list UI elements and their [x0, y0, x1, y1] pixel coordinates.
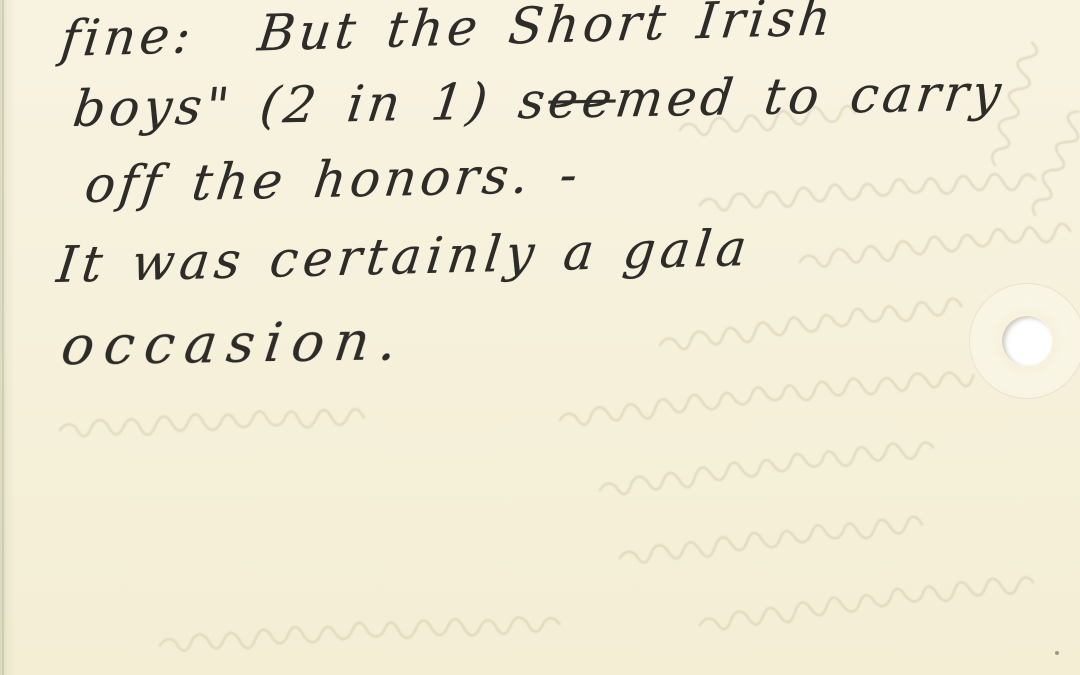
handwritten-segment: med to carry: [612, 64, 1008, 129]
handwritten-segment: ee: [545, 70, 619, 129]
handwritten-line-3: off the honors. -: [82, 145, 584, 214]
bleedthrough-stroke: [1026, 109, 1080, 219]
bleedthrough-stroke: [699, 572, 1035, 632]
handwritten-segment: fine:: [58, 6, 198, 68]
bleedthrough-stroke: [659, 296, 963, 353]
bleedthrough-stroke: [619, 514, 923, 565]
handwritten-segment: occasion.: [58, 309, 411, 377]
bleedthrough-stroke: [799, 222, 1072, 270]
handwritten-line-5: occasion.: [58, 309, 411, 377]
bleedthrough-stroke: [60, 408, 364, 438]
paper-left-edge-line: [2, 0, 4, 675]
handwritten-segment: off the honors. -: [82, 145, 584, 214]
bleedthrough-stroke: [599, 437, 935, 497]
notebook-page: fine:But the Short Irishboys" (2 in 1) s…: [0, 0, 1080, 675]
bleedthrough-stroke: [159, 612, 559, 653]
paper-speck: [1055, 651, 1059, 655]
hole-punch: [1002, 316, 1052, 366]
handwritten-segment: boys" (2 in 1) s: [70, 72, 552, 138]
bleedthrough-stroke: [699, 170, 1036, 213]
bleedthrough-stroke: [559, 365, 975, 429]
